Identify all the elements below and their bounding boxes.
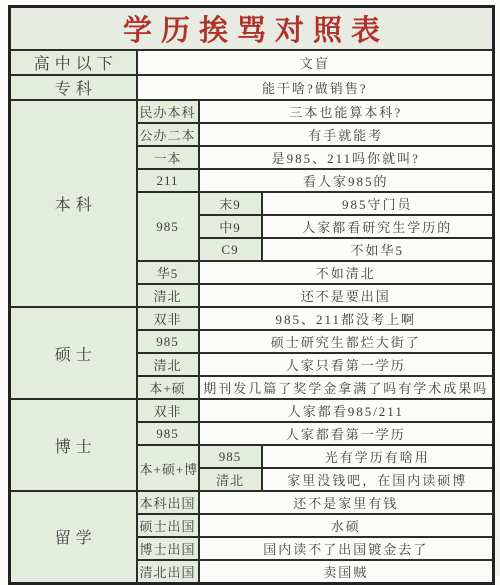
comment-cell: 人家都看985/211 — [199, 399, 494, 422]
comment-cell: 卖国贼 — [199, 560, 494, 576]
comment-cell: 光有学历有啥用 — [262, 445, 494, 468]
category-cell: 华5 — [137, 261, 199, 284]
comment-cell: 国内读不了出国镀金去了 — [199, 537, 494, 560]
comment-cell: 硕士研究生都烂大街了 — [199, 330, 494, 353]
table-row: 高中以下文盲 — [10, 50, 494, 75]
comparison-table: 学历挨骂对照表 高中以下文盲专科能干啥?做销售?本科民办本科三本也能算本科?公办… — [8, 5, 495, 576]
comment-cell: 是985、211吗你就叫? — [199, 146, 494, 169]
category-cell: 高中以下 — [10, 50, 137, 75]
category-cell: 专科 — [10, 75, 137, 100]
comment-cell: 文盲 — [137, 50, 494, 75]
category-cell: 985 — [199, 445, 262, 468]
category-cell: C9 — [199, 238, 262, 261]
comment-cell: 人家都看研究生学历的 — [262, 215, 494, 238]
category-cell: 一本 — [137, 146, 199, 169]
title-row: 学历挨骂对照表 — [10, 7, 494, 51]
category-cell: 本科出国 — [137, 491, 199, 514]
category-cell: 博士出国 — [137, 537, 199, 560]
category-cell: 985 — [137, 422, 199, 445]
category-cell: 硕士出国 — [137, 514, 199, 537]
comment-cell: 有手就能考 — [199, 123, 494, 146]
table-row: 留学本科出国还不是家里有钱 — [10, 491, 494, 514]
comment-cell: 不如清北 — [199, 261, 494, 284]
table-row: 专科能干啥?做销售? — [10, 75, 494, 100]
category-cell: 985 — [137, 330, 199, 353]
comment-cell: 985、211都没考上啊 — [199, 307, 494, 330]
comment-cell: 人家只看第一学历 — [199, 353, 494, 376]
table-body: 高中以下文盲专科能干啥?做销售?本科民办本科三本也能算本科?公办二本有手就能考一… — [10, 50, 494, 576]
comment-cell: 期刊发几篇了奖学金拿满了吗有学术成果吗 — [199, 376, 494, 399]
category-cell: 民办本科 — [137, 100, 199, 123]
table-row: 硕士双非985、211都没考上啊 — [10, 307, 494, 330]
category-cell: 清北出国 — [137, 560, 199, 576]
category-cell: 中9 — [199, 215, 262, 238]
comment-cell: 看人家985的 — [199, 169, 494, 192]
category-cell: 末9 — [199, 192, 262, 215]
table-row: 博士双非人家都看985/211 — [10, 399, 494, 422]
category-cell: 博士 — [10, 399, 137, 491]
category-cell: 211 — [137, 169, 199, 192]
category-cell: 留学 — [10, 491, 137, 576]
comment-cell: 还不是家里有钱 — [199, 491, 494, 514]
category-cell: 本+硕+博 — [137, 445, 199, 491]
comment-cell: 还不是要出国 — [199, 284, 494, 307]
comment-cell: 三本也能算本科? — [199, 100, 494, 123]
category-cell: 本科 — [10, 100, 137, 307]
category-cell: 硕士 — [10, 307, 137, 399]
comment-cell: 985守门员 — [262, 192, 494, 215]
category-cell: 双非 — [137, 399, 199, 422]
table-row: 本科民办本科三本也能算本科? — [10, 100, 494, 123]
category-cell: 双非 — [137, 307, 199, 330]
comment-cell: 能干啥?做销售? — [137, 75, 494, 100]
page-title: 学历挨骂对照表 — [10, 7, 494, 51]
category-cell: 公办二本 — [137, 123, 199, 146]
comment-cell: 水硕 — [199, 514, 494, 537]
category-cell: 清北 — [199, 468, 262, 491]
category-cell: 本+硕 — [137, 376, 199, 399]
category-cell: 985 — [137, 192, 199, 261]
category-cell: 清北 — [137, 353, 199, 376]
category-cell: 清北 — [137, 284, 199, 307]
comment-cell: 家里没钱吧，在国内读硕博 — [262, 468, 494, 491]
comment-cell: 人家都看第一学历 — [199, 422, 494, 445]
comment-cell: 不如华5 — [262, 238, 494, 261]
education-insult-table: 学历挨骂对照表 高中以下文盲专科能干啥?做销售?本科民办本科三本也能算本科?公办… — [8, 5, 495, 576]
